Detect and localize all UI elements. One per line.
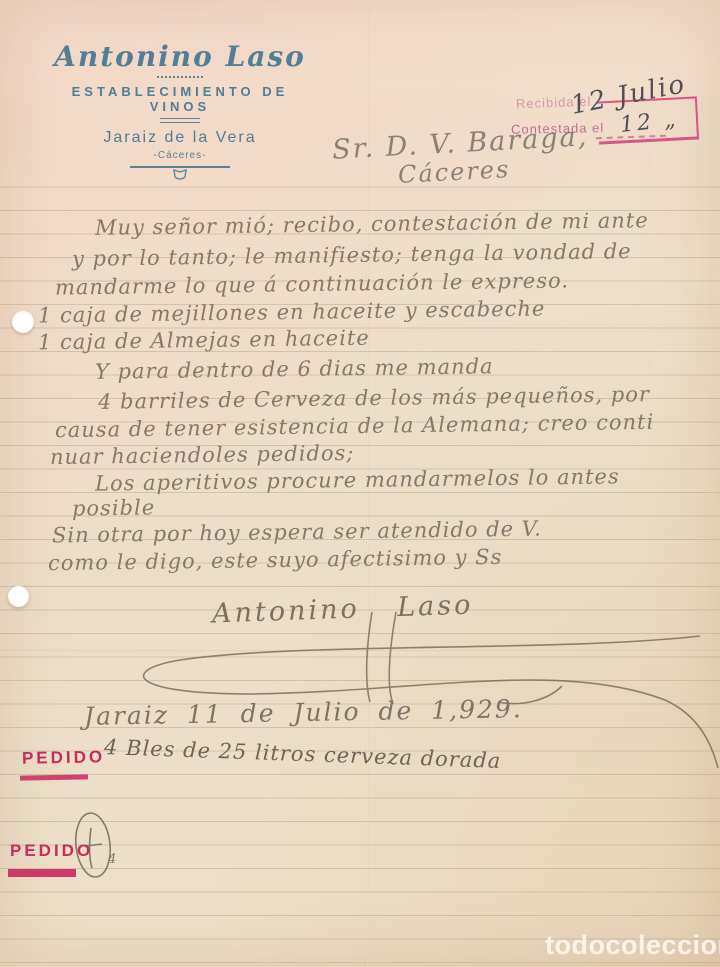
addressee-city: Cáceres [397,155,511,189]
letter-document: Antonino Laso ESTABLECIMIENTO DE VINOS J… [0,0,720,967]
handwritten-line: como le digo, este suyo afectisimo y Ss [48,545,503,575]
letterhead-divider [130,166,230,168]
letterhead-crest-ornament [172,169,188,181]
signature-name: Antonino Laso [212,589,474,629]
handwritten-line: Muy señor mió; recibo, contestación de m… [95,208,649,240]
letterhead-company-name: Antonino Laso [40,40,320,73]
letterhead: Antonino Laso ESTABLECIMIENTO DE VINOS J… [40,40,320,181]
pedido-stamp-underline [20,774,88,780]
handwritten-line: y por lo tanto; le manifiesto; tenga la … [72,239,632,271]
handwritten-line-order-item: 4 barriles de Cerveza de los más pequeño… [98,382,650,414]
letterhead-town: Jaraiz de la Vera [40,129,320,147]
pedido-stamp-bottom: PEDIDO [10,841,93,861]
handwritten-line: mandarme lo que á continuación le expres… [55,268,569,299]
punch-hole-top [12,311,34,333]
watermark-text: todocoleccion [545,930,720,961]
pencil-mark-subscript: 4 [108,852,116,867]
letterhead-business-type: ESTABLECIMIENTO DE VINOS [40,84,320,114]
handwritten-line-order-item: 1 caja de mejillones en haceite y escabe… [38,296,546,327]
date-line: Jaraiz 11 de Julio de 1,929. [84,694,523,731]
handwritten-line: posible [72,495,155,520]
handwritten-line: Sin otra por hoy espera ser atendido de … [52,517,542,548]
handwritten-line: nuar haciendoles pedidos; [50,441,355,469]
horizontal-fold-crease [0,650,720,653]
letterhead-divider [157,76,203,78]
handwritten-order-note: 4 Bles de 25 litros cerveza dorada [104,735,502,773]
letterhead-province: -Cáceres- [40,150,320,161]
pedido-stamp-underline [8,869,76,877]
letterhead-divider [160,118,200,123]
handwritten-line: Los aperitivos procure mandarmelos lo an… [95,464,620,495]
handwritten-line: Y para dentro de 6 dias me manda [95,354,494,384]
handwritten-line: causa de tener esistencia de la Alemana;… [55,410,655,442]
punch-hole-bottom [8,586,29,607]
handwritten-line-order-item: 1 caja de Almejas en haceite [38,326,370,355]
pedido-stamp-top: PEDIDO [22,747,106,768]
